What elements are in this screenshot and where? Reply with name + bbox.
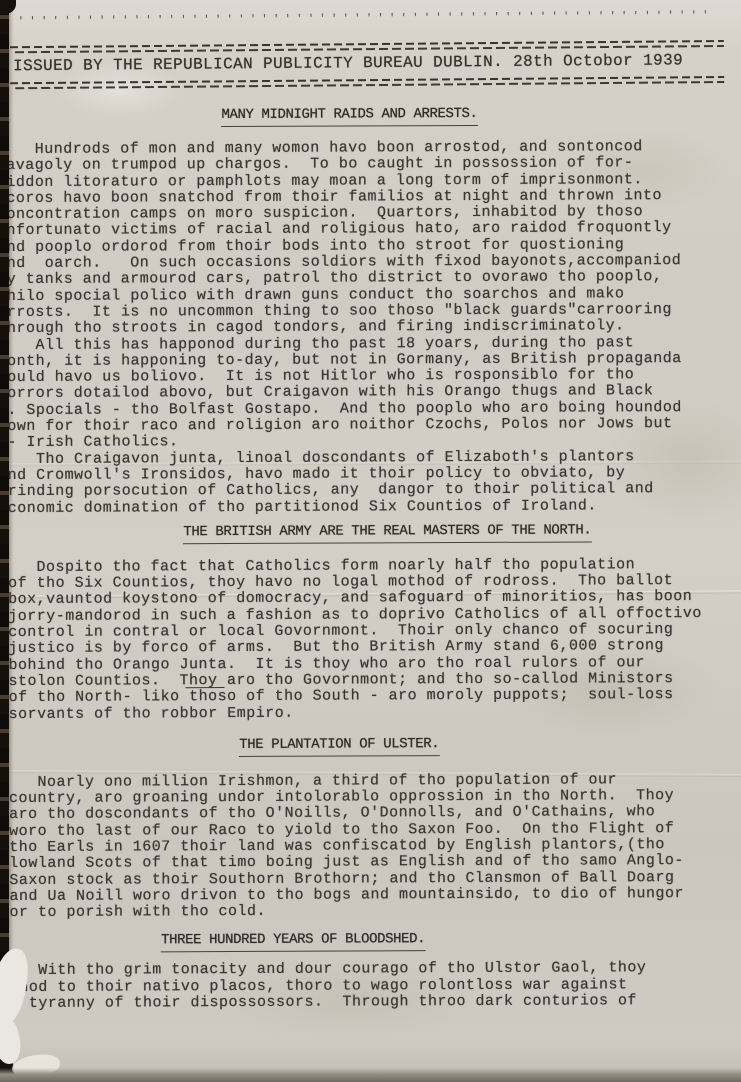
bottom-scan-edge [0,1068,741,1082]
section-heading-text: THE PLANTATION OF ULSTER. [239,736,439,757]
underline-mark-they [186,687,225,689]
section-heading-raids: MANY MIDNIGHT RAIDS AND ARRESTS. [0,105,712,124]
perforation-tick-row: ''''''''''''''''''''''''''''''''''''''''… [18,10,738,28]
issued-by-line: ISSUED BY THE REPUBLICAN PUBLICITY BUREA… [13,51,683,75]
section-heading-text: THE BRITISH ARMY ARE THE REAL MASTERS OF… [183,522,591,544]
paragraph: All this has happonod during tho past 18… [7,334,732,451]
paragraph: With tho grim tonacity and dour courago … [10,960,735,1012]
paragraph: Dospito tho fact that Catholics form noa… [8,557,734,723]
paragraph-wrapper: Dospito tho fact that Catholics form noa… [8,557,734,723]
section-heading-text: MANY MIDNIGHT RAIDS AND ARRESTS. [221,106,477,127]
section-heading-plantation: THE PLANTATION OF ULSTER. [0,735,702,754]
section-heading-british-army: THE BRITISH ARMY ARE THE REAL MASTERS OF… [25,522,741,541]
document-body: MANY MIDNIGHT RAIDS AND ARRESTS. Hundrod… [6,105,735,1013]
paragraph: Hundrods of mon and many womon havo boon… [6,139,732,338]
dark-corner-top-left [0,0,16,14]
section-heading-text: THREE HUNDRED YEARS OF BLOODSHED. [161,932,425,953]
paragraph: Tho Craigavon junta, linoal doscondants … [7,448,732,516]
binding-edge [0,0,9,1082]
paragraph: Noarly ono million Irishmon, a third of … [9,772,735,922]
dashed-rule-bottom [10,76,724,89]
scanned-document-page: { "page": { "paper_color": "#d3cfc6", "i… [0,0,741,1082]
section-heading-bloodshed: THREE HUNDRED YEARS OF BLOODSHED. [0,931,656,950]
